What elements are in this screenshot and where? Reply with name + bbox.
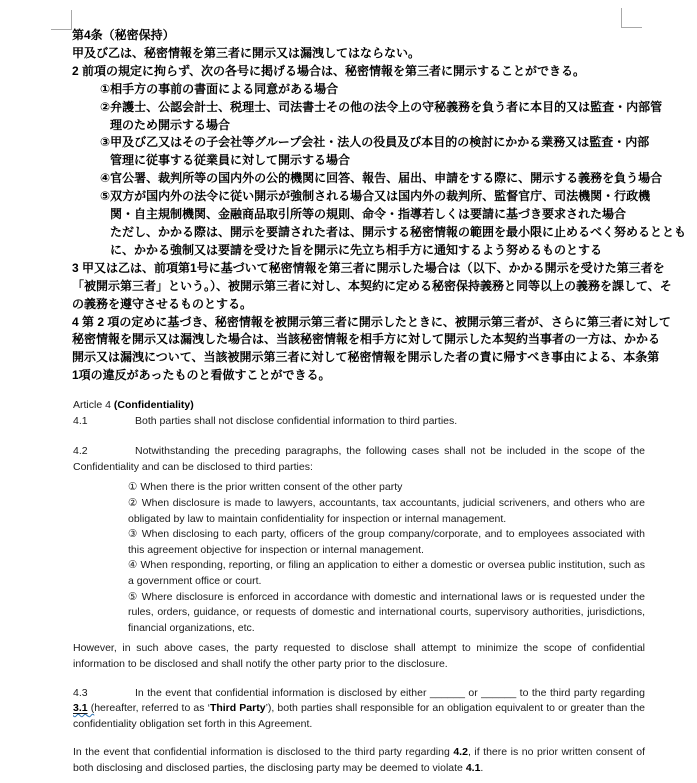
article-title: (Confidentiality) xyxy=(114,399,194,411)
jp-paragraph-3: 3 甲又は乙は、前項第1号に基づいて秘密情報を第三者に開示した場合は（以下、かか… xyxy=(72,260,672,278)
list-item-5: ⑤ Where disclosure is enforced in accord… xyxy=(128,590,645,637)
however-paragraph: However, in such above cases, the party … xyxy=(73,641,645,672)
jp-paragraph-4-continued: 開示又は漏洩について、当該被開示第三者に対して秘密情報を開示した者の責に帰すべき… xyxy=(72,349,672,367)
jp-proviso: ただし、かかる際は、開示を要請された者は、開示する秘密情報の範囲を最小限に止める… xyxy=(110,224,672,242)
jp-paragraph-3-continued: 「被開示第三者」という。）、被開示第三者に対し、本契約に定める秘密保持義務と同等… xyxy=(72,278,672,296)
jp-clause-heading: 第4条（秘密保持） xyxy=(72,27,672,45)
jp-paragraph-3-continued: の義務を遵守させるものとする。 xyxy=(72,296,672,314)
circled-number-icon: ③ xyxy=(128,528,138,540)
jp-item-2: ②弁護士、公認会計士、税理士、司法書士その他の法令上の守秘義務を負う者に本目的又… xyxy=(100,99,672,117)
japanese-clause-section: 第4条（秘密保持） 甲及び乙は、秘密情報を第三者に開示又は漏洩してはならない。 … xyxy=(72,27,672,385)
item-text: When responding, reporting, or filing an… xyxy=(128,559,645,587)
section-number: 4.3 xyxy=(73,686,135,702)
jp-paragraph-4-continued: 1項の違反があったものと看做すことができる。 xyxy=(72,367,672,385)
circled-number-icon: ④ xyxy=(128,559,137,571)
jp-item-5-continued: 関・自主規制機関、金融商品取引所等の規則、命令・指導若しくは要請に基づき要求され… xyxy=(110,206,672,224)
article-heading: Article 4 (Confidentiality) xyxy=(73,398,645,414)
text-boundary-mark-top-left xyxy=(51,29,72,30)
article-label: Article 4 xyxy=(73,399,114,411)
cross-reference-4-2: 4.2 xyxy=(453,746,468,758)
section-number: 4.2 xyxy=(73,444,135,460)
circled-number-icon: ⑤ xyxy=(128,591,138,603)
third-party-term: Third Party xyxy=(210,702,266,714)
section-4-1: 4.1Both parties shall not disclose confi… xyxy=(73,414,645,430)
grammar-squiggle: 3.1 ( xyxy=(73,702,94,714)
list-item-4: ④ When responding, reporting, or filing … xyxy=(128,558,645,589)
text-boundary-mark-top-right xyxy=(621,8,622,28)
jp-paragraph-2: 2 前項の規定に拘らず、次の各号に掲げる場合は、秘密情報を第三者に開示することが… xyxy=(72,63,672,81)
list-item-2: ② When disclosure is made to lawyers, ac… xyxy=(128,496,645,527)
jp-paragraph-4: 4 第 2 項の定めに基づき、秘密情報を被開示第三者に開示したときに、被開示第三… xyxy=(72,314,672,332)
circled-number-icon: ② xyxy=(128,497,138,509)
list-item-3: ③ When disclosing to each party, officer… xyxy=(128,527,645,558)
section-text: Both parties shall not disclose confiden… xyxy=(135,415,457,427)
section-number: 4.1 xyxy=(73,414,135,430)
jp-item-3: ③甲及び乙又はその子会社等グループ会社・法人の役員及び本目的の検討にかかる業務又… xyxy=(100,134,672,152)
paragraph-text: In the event that confidential informati… xyxy=(73,746,453,758)
item-text: Where disclosure is enforced in accordan… xyxy=(128,591,645,634)
jp-item-5: ⑤双方が国内外の法令に従い開示が強制される場合又は国内外の裁判所、監督官庁、司法… xyxy=(100,188,672,206)
section-4-3: 4.3In the event that confidential inform… xyxy=(73,686,645,733)
section-text: Notwithstanding the preceding paragraphs… xyxy=(73,445,645,473)
jp-paragraph-1: 甲及び乙は、秘密情報を第三者に開示又は漏洩してはならない。 xyxy=(72,45,672,63)
cross-reference-4-1: 4.1 xyxy=(466,762,481,774)
jp-proviso-continued: に、かかる強制又は要請を受けた旨を開示に先立ち相手方に通知するよう努めるものとす… xyxy=(110,242,672,260)
jp-item-1: ①相手方の事前の書面による同意がある場合 xyxy=(100,81,672,99)
jp-paragraph-4-continued: 秘密情報を開示又は漏洩した場合は、当該秘密情報を相手方に対して開示した本契約当事… xyxy=(72,331,672,349)
jp-item-2-continued: 理のため開示する場合 xyxy=(110,117,672,135)
item-text: When disclosure is made to lawyers, acco… xyxy=(128,497,645,525)
jp-item-3-continued: 管理に従事する従業員に対して開示する場合 xyxy=(110,152,672,170)
word-document-page: 第4条（秘密保持） 甲及び乙は、秘密情報を第三者に開示又は漏洩してはならない。 … xyxy=(0,0,697,783)
item-text: When disclosing to each party, officers … xyxy=(128,528,645,556)
cross-reference-3-1: 3.1 xyxy=(73,702,88,714)
circled-number-icon: ① xyxy=(128,481,137,493)
list-item-1: ① When there is the prior written consen… xyxy=(128,480,645,496)
paragraph-text: . xyxy=(480,762,483,774)
closing-paragraph: In the event that confidential informati… xyxy=(73,745,645,776)
confidentiality-exception-list: ① When there is the prior written consen… xyxy=(128,480,645,636)
english-clause-section: Article 4 (Confidentiality) 4.1Both part… xyxy=(73,398,645,776)
section-4-2: 4.2Notwithstanding the preceding paragra… xyxy=(73,444,645,475)
section-text: In the event that confidential informati… xyxy=(135,687,645,699)
section-text: hereafter, referred to as ‘ xyxy=(94,702,210,714)
item-text: When there is the prior written consent … xyxy=(140,481,402,493)
jp-item-4: ④官公署、裁判所等の国内外の公的機関に回答、報告、届出、申請をする際に、開示する… xyxy=(100,170,672,188)
